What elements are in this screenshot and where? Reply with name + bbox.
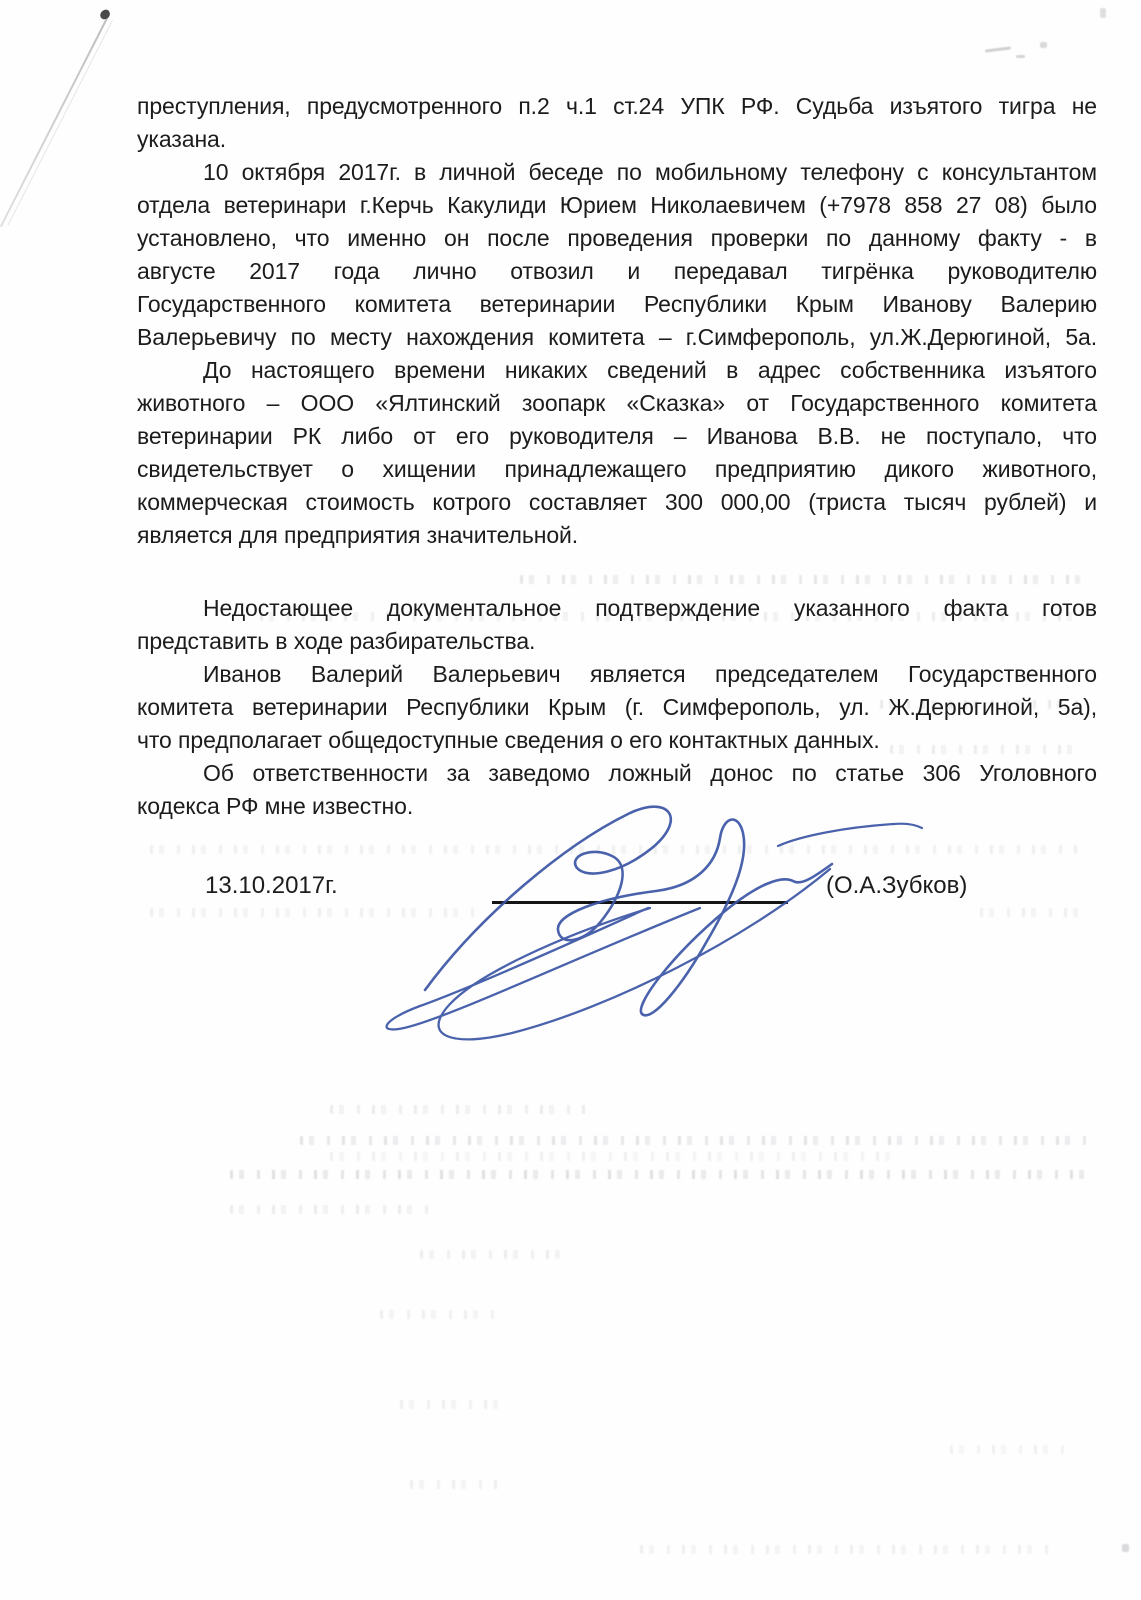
text-line: ветеринарии РК либо от его руководителя … xyxy=(137,420,1097,453)
scan-speck xyxy=(1100,8,1106,18)
text-line: животного – ООО «Ялтинский зоопарк «Сказ… xyxy=(137,387,1097,420)
bleed-through-row xyxy=(420,1250,560,1259)
scan-crease-line-light xyxy=(8,20,113,225)
scan-speck xyxy=(985,46,1011,52)
bleed-through-row xyxy=(980,908,1090,917)
signer-name: (О.А.Зубков) xyxy=(826,872,967,900)
text-line: установлено, что именно он после проведе… xyxy=(137,222,1097,255)
text-line: До настоящего времени никаких сведений в… xyxy=(137,354,1097,387)
text-line: является для предприятия значительной. xyxy=(137,519,1097,552)
text-line: Государственного комитета ветеринарии Ре… xyxy=(137,288,1097,321)
text-line: августе 2017 года лично отвозил и переда… xyxy=(137,255,1097,288)
scan-speck xyxy=(1016,55,1025,58)
bleed-through-row xyxy=(410,1480,500,1489)
scan-speck xyxy=(1122,1544,1129,1552)
scanned-document-page: преступления, предусмотренного п.2 ч.1 с… xyxy=(0,0,1141,1600)
text-line: свидетельствует о хищении принадлежащего… xyxy=(137,453,1097,486)
bleed-through-row xyxy=(640,1545,1060,1554)
text-line: отдела ветеринари г.Керчь Какулиди Юрием… xyxy=(137,189,1097,222)
text-line: коммерческая стоимость котрого составляе… xyxy=(137,486,1097,519)
bleed-through-row xyxy=(330,1105,590,1114)
document-body: преступления, предусмотренного п.2 ч.1 с… xyxy=(137,90,1097,823)
bleed-through-row xyxy=(300,1136,1090,1145)
signature-underline xyxy=(492,901,788,904)
bleed-through-row xyxy=(150,845,1080,854)
bleed-through-row xyxy=(230,1170,1090,1179)
bleed-through-row xyxy=(330,1152,890,1161)
paragraph-gap xyxy=(137,552,1097,592)
text-line: преступления, предусмотренного п.2 ч.1 с… xyxy=(137,90,1097,123)
bleed-through-row xyxy=(400,1400,510,1409)
text-line: 10 октября 2017г. в личной беседе по моб… xyxy=(137,156,1097,189)
text-line: комитета ветеринарии Республики Крым (г.… xyxy=(137,691,1097,724)
document-date: 13.10.2017г. xyxy=(205,872,338,900)
bleed-through-row xyxy=(230,1205,430,1214)
text-line: представить в ходе разбирательства. xyxy=(137,625,1097,658)
text-line: Недостающее документальное подтверждение… xyxy=(137,592,1097,625)
text-line: Валерьевичу по месту нахождения комитета… xyxy=(137,321,1097,354)
bleed-through-row xyxy=(150,908,480,917)
text-line: Об ответственности за заведомо ложный до… xyxy=(137,757,1097,790)
bleed-through-row xyxy=(950,1445,1070,1454)
scan-ink-blob xyxy=(99,9,111,21)
text-line: что предполагает общедоступные сведения … xyxy=(137,724,1097,757)
text-line: указана. xyxy=(137,123,1097,156)
text-line: Иванов Валерий Валерьевич является предс… xyxy=(137,658,1097,691)
scan-crease-line xyxy=(0,16,109,227)
bleed-through-row xyxy=(380,1310,500,1319)
text-line: кодекса РФ мне известно. xyxy=(137,790,1097,823)
scan-speck xyxy=(1040,42,1047,48)
